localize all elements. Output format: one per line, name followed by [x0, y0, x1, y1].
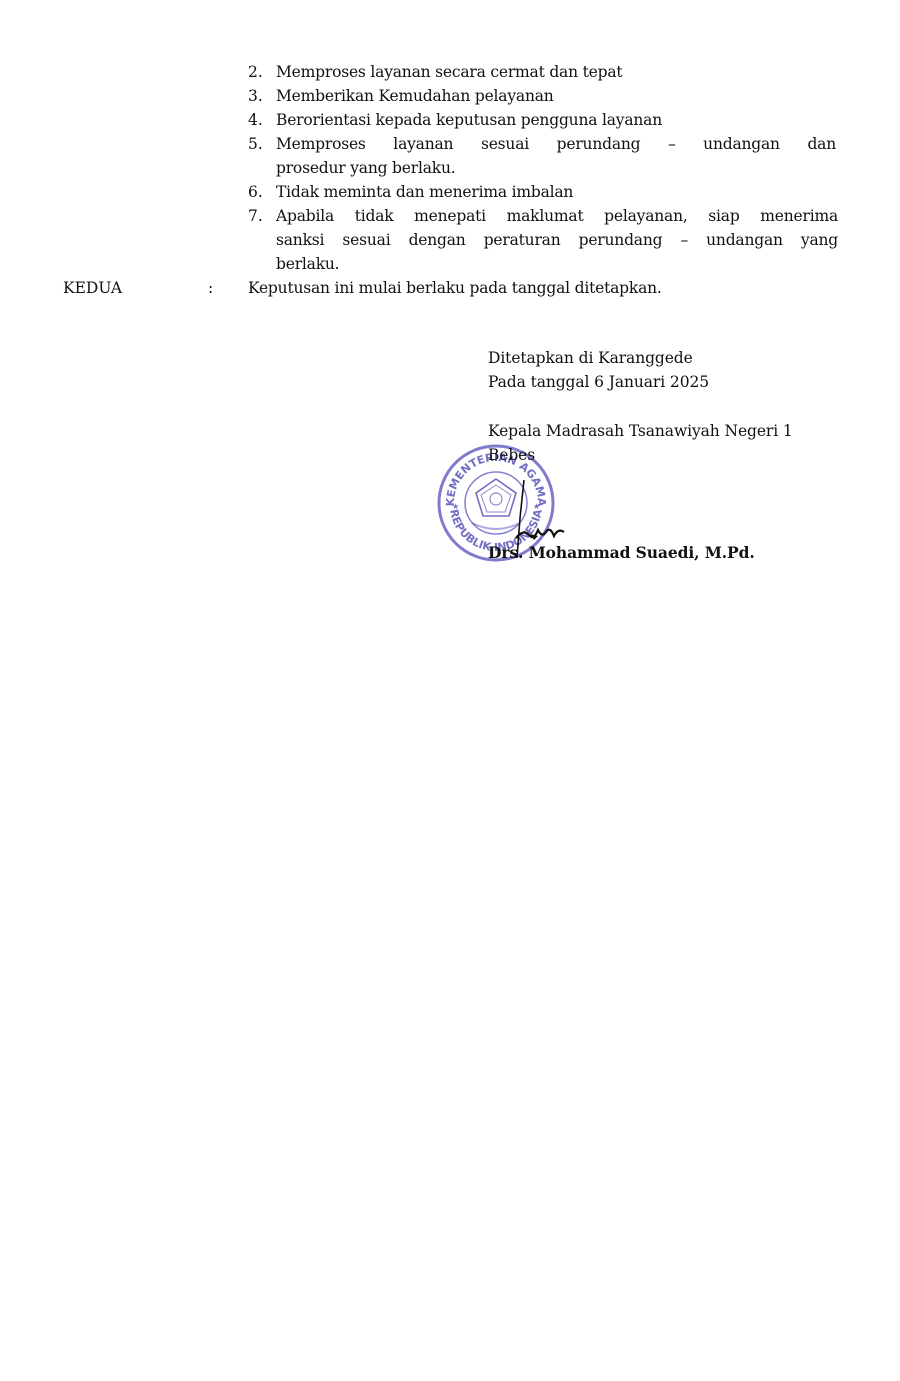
list-item-text: prosedur yang berlaku. [276, 156, 836, 180]
list-number: 2. [248, 60, 263, 84]
section-label: KEDUA [63, 276, 122, 300]
list-number: 6. [248, 180, 263, 204]
list-number: 4. [248, 108, 263, 132]
section-colon: : [208, 276, 213, 300]
list-item: Tidak meminta dan menerima imbalan [276, 180, 838, 204]
signature-place: Ditetapkan di Karanggede [488, 346, 693, 370]
list-item-text: Memberikan Kemudahan pelayanan [276, 84, 838, 108]
list-number: 7. [248, 204, 263, 228]
svg-text:★: ★ [452, 502, 459, 511]
list-item: Memproses layanan secara cermat dan tepa… [276, 60, 838, 84]
list-number: 5. [248, 132, 263, 156]
list-item-text: Memproses layanan sesuai perundang – und… [276, 132, 836, 156]
list-item-text: Memproses layanan secara cermat dan tepa… [276, 60, 838, 84]
list-number: 3. [248, 84, 263, 108]
signature-position: Kepala Madrasah Tsanawiyah Negeri 1 [488, 419, 793, 443]
list-item: Memproses layanan sesuai perundang – und… [276, 132, 836, 180]
list-item: Memberikan Kemudahan pelayanan [276, 84, 838, 108]
signature-position-cont: Bebes [488, 443, 535, 467]
list-item: Berorientasi kepada keputusan pengguna l… [276, 108, 838, 132]
signature-date: Pada tanggal 6 Januari 2025 [488, 370, 709, 394]
list-item-text: Tidak meminta dan menerima imbalan [276, 180, 838, 204]
signatory-name: Drs. Mohammad Suaedi, M.Pd. [488, 541, 755, 565]
list-item-text: sanksi sesuai dengan peraturan perundang… [276, 228, 838, 252]
document-page: 2. Memproses layanan secara cermat dan t… [0, 0, 900, 1381]
list-item-text: Apabila tidak menepati maklumat pelayana… [276, 204, 838, 228]
section-text: Keputusan ini mulai berlaku pada tanggal… [248, 276, 662, 300]
list-item: Apabila tidak menepati maklumat pelayana… [276, 204, 838, 276]
list-item-text: Berorientasi kepada keputusan pengguna l… [276, 108, 838, 132]
list-item-text: berlaku. [276, 252, 838, 276]
